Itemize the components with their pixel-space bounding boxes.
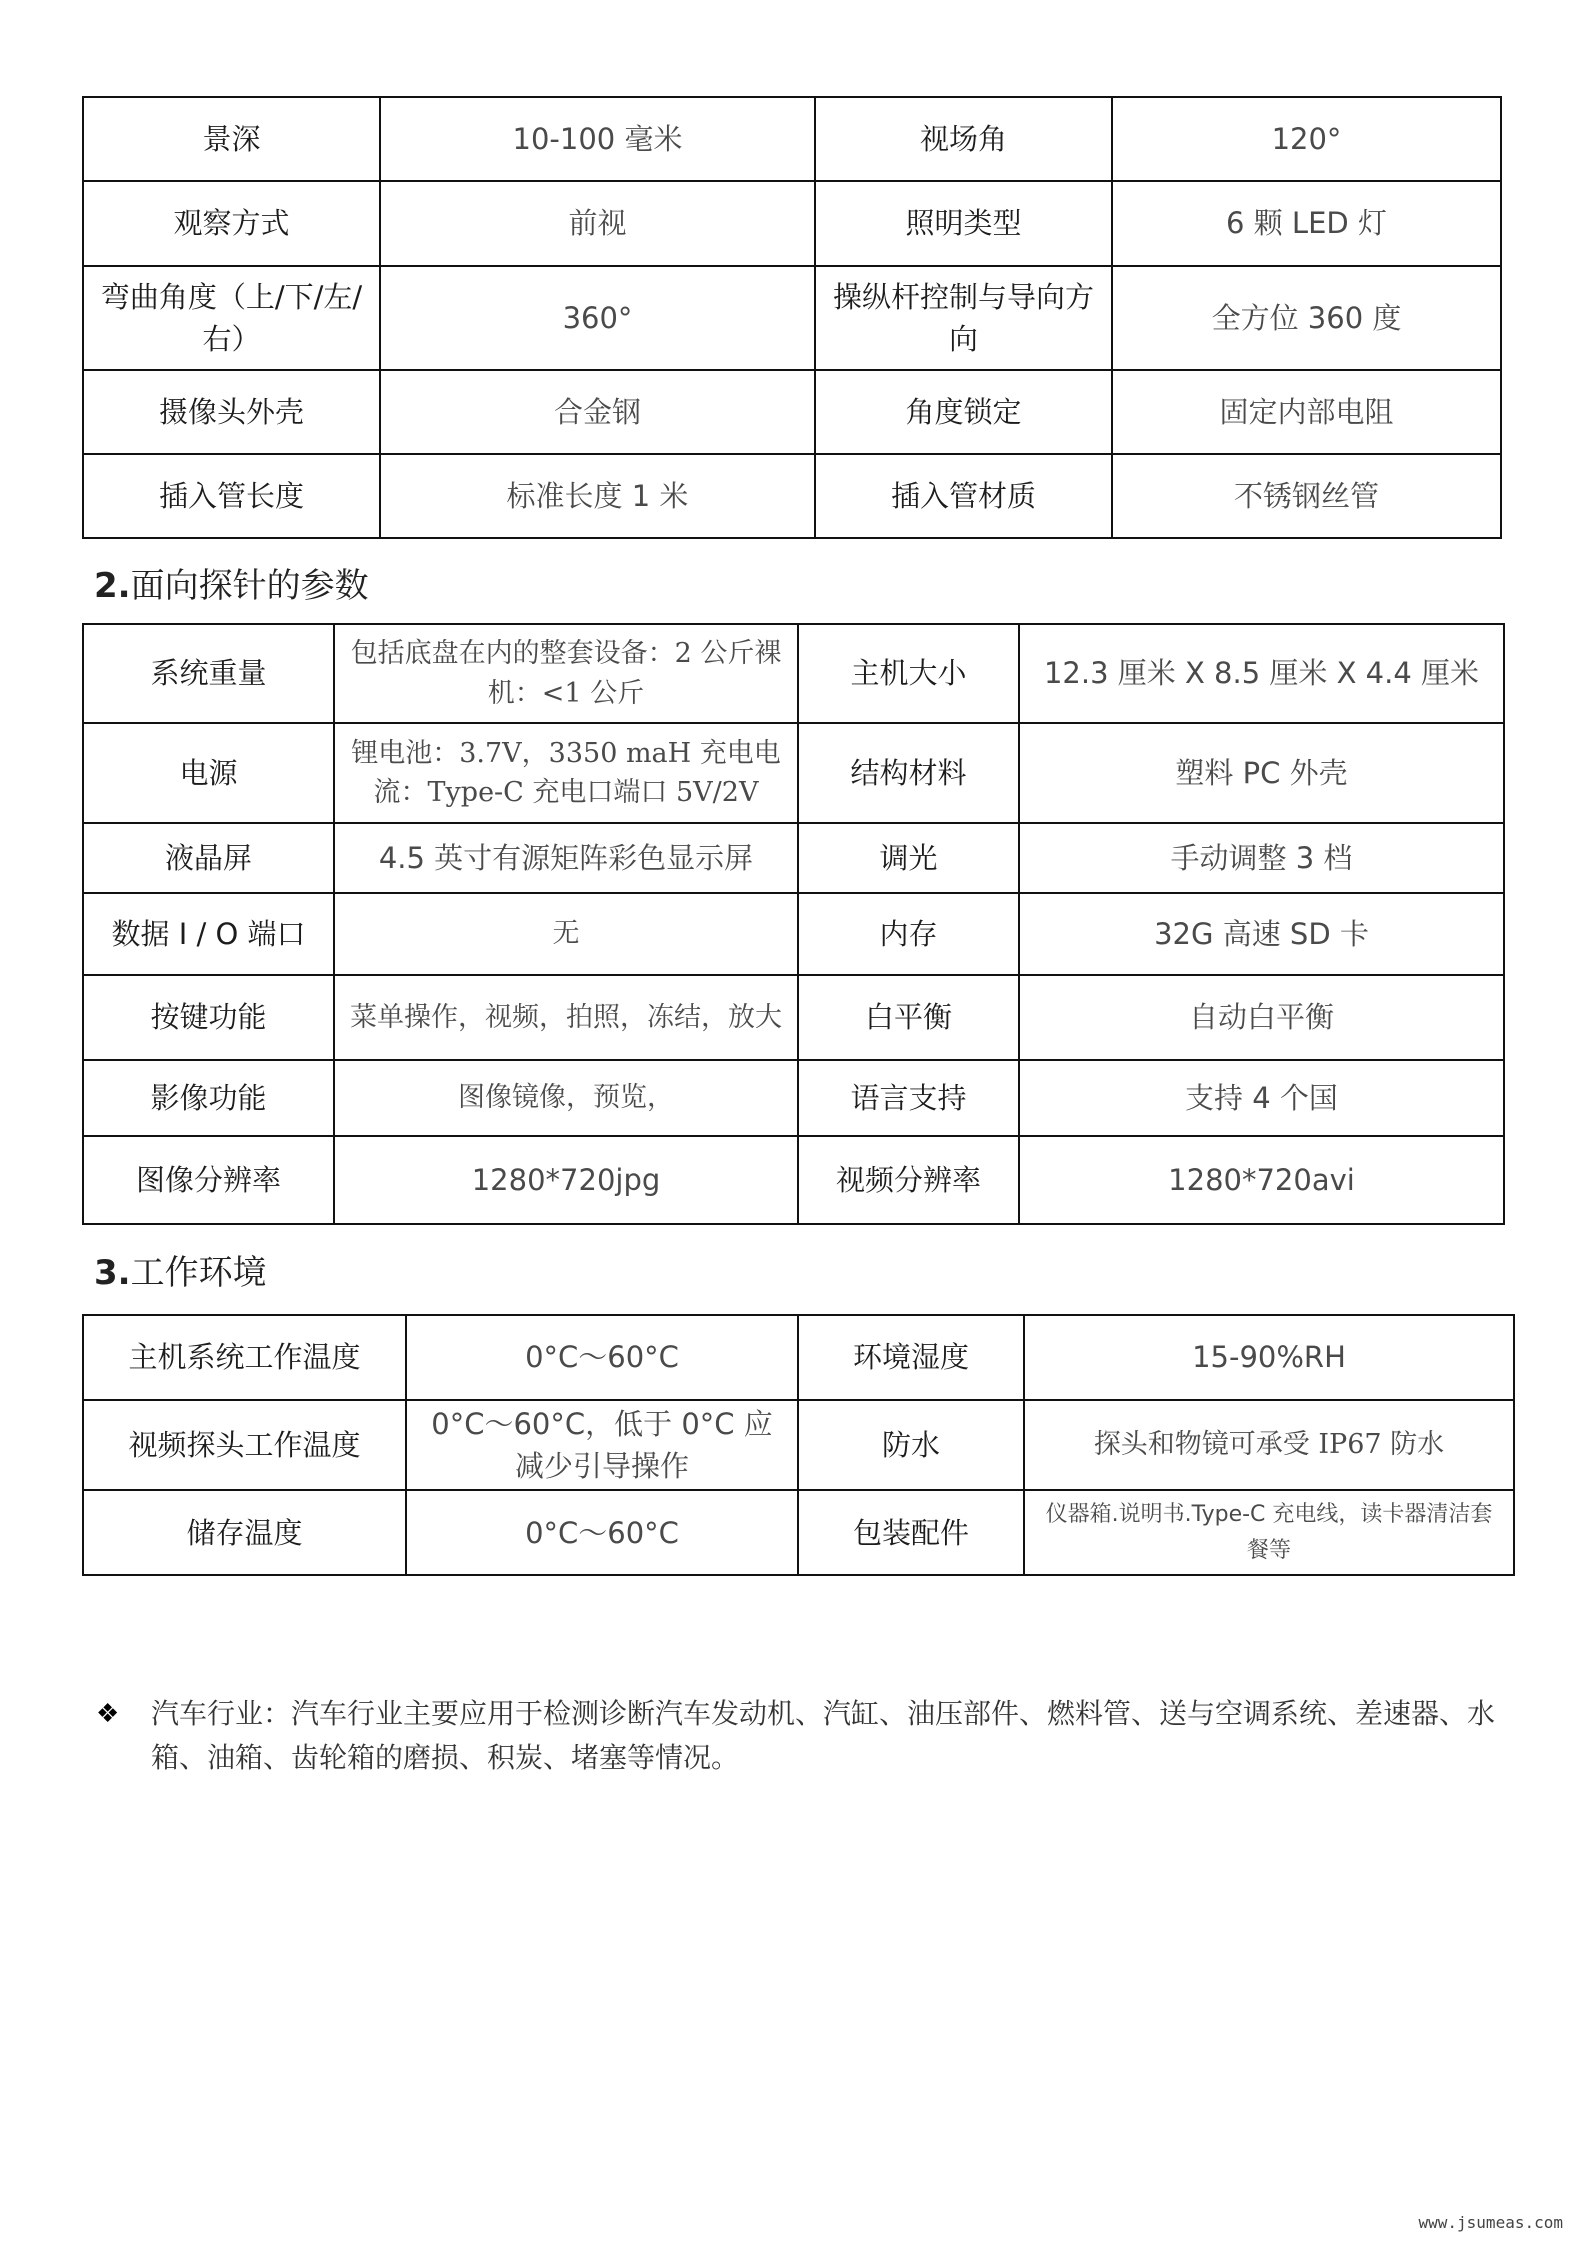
spec-label: 弯曲角度（上/下/左/右） <box>83 266 380 370</box>
table-row: 按键功能 菜单操作，视频，拍照，冻结，放大 白平衡 自动白平衡 <box>83 975 1504 1060</box>
spec-label: 影像功能 <box>83 1060 334 1136</box>
spec-label: 观察方式 <box>83 181 380 266</box>
spec-label: 视场角 <box>815 97 1112 181</box>
spec-label: 角度锁定 <box>815 370 1112 454</box>
bullet-text: 汽车行业：汽车行业主要应用于检测诊断汽车发动机、汽缸、油压部件、燃料管、送与空调… <box>151 1692 1516 1780</box>
spec-value: 菜单操作，视频，拍照，冻结，放大 <box>334 975 798 1060</box>
table-row: 图像分辨率 1280*720jpg 视频分辨率 1280*720avi <box>83 1136 1504 1224</box>
table-row: 电源 锂电池：3.7V，3350 maH 充电电流：Type-C 充电口端口 5… <box>83 723 1504 823</box>
section-title: 面向探针的参数 <box>131 566 369 606</box>
section-heading-probe-params: 2.面向探针的参数 <box>94 558 369 607</box>
spec-value: 1280*720avi <box>1019 1136 1504 1224</box>
probe-params-table: 系统重量 包括底盘在内的整套设备：2 公斤裸机：<1 公斤 主机大小 12.3 … <box>82 623 1505 1225</box>
table-row: 观察方式 前视 照明类型 6 颗 LED 灯 <box>83 181 1501 266</box>
spec-label: 包装配件 <box>798 1490 1024 1575</box>
spec-label: 主机系统工作温度 <box>83 1315 406 1400</box>
footer-website-url: www.jsumeas.com <box>1419 2213 1564 2232</box>
spec-value: 图像镜像，预览， <box>334 1060 798 1136</box>
spec-value: 1280*720jpg <box>334 1136 798 1224</box>
spec-value: 前视 <box>380 181 815 266</box>
spec-value: 10-100 毫米 <box>380 97 815 181</box>
section-number: 3. <box>94 1253 131 1293</box>
spec-value: 支持 4 个国 <box>1019 1060 1504 1136</box>
spec-value: 塑料 PC 外壳 <box>1019 723 1504 823</box>
spec-value: 0°C～60°C，低于 0°C 应减少引导操作 <box>406 1400 798 1490</box>
spec-value: 锂电池：3.7V，3350 maH 充电电流：Type-C 充电口端口 5V/2… <box>334 723 798 823</box>
spec-value: 15-90%RH <box>1024 1315 1514 1400</box>
spec-value: 全方位 360 度 <box>1112 266 1501 370</box>
spec-label: 调光 <box>798 823 1019 893</box>
spec-label: 摄像头外壳 <box>83 370 380 454</box>
spec-label: 储存温度 <box>83 1490 406 1575</box>
table-row: 景深 10-100 毫米 视场角 120° <box>83 97 1501 181</box>
spec-label: 景深 <box>83 97 380 181</box>
spec-label: 视频分辨率 <box>798 1136 1019 1224</box>
spec-label: 语言支持 <box>798 1060 1019 1136</box>
table-row: 摄像头外壳 合金钢 角度锁定 固定内部电阻 <box>83 370 1501 454</box>
spec-value: 手动调整 3 档 <box>1019 823 1504 893</box>
spec-value: 6 颗 LED 灯 <box>1112 181 1501 266</box>
spec-value: 探头和物镜可承受 IP67 防水 <box>1024 1400 1514 1490</box>
table-row: 主机系统工作温度 0°C～60°C 环境湿度 15-90%RH <box>83 1315 1514 1400</box>
spec-label: 插入管材质 <box>815 454 1112 538</box>
section-number: 2. <box>94 566 131 606</box>
spec-value: 360° <box>380 266 815 370</box>
spec-value: 仪器箱.说明书.Type-C 充电线，读卡器清洁套餐等 <box>1024 1490 1514 1575</box>
spec-label: 内存 <box>798 893 1019 975</box>
table-row: 数据 I / O 端口 无 内存 32G 高速 SD 卡 <box>83 893 1504 975</box>
spec-label: 主机大小 <box>798 624 1019 723</box>
spec-value: 包括底盘在内的整套设备：2 公斤裸机：<1 公斤 <box>334 624 798 723</box>
spec-value: 合金钢 <box>380 370 815 454</box>
spec-value: 自动白平衡 <box>1019 975 1504 1060</box>
spec-label: 白平衡 <box>798 975 1019 1060</box>
spec-label: 环境湿度 <box>798 1315 1024 1400</box>
spec-label: 按键功能 <box>83 975 334 1060</box>
spec-label: 操纵杆控制与导向方向 <box>815 266 1112 370</box>
spec-label: 视频探头工作温度 <box>83 1400 406 1490</box>
spec-value: 120° <box>1112 97 1501 181</box>
automotive-application-note: ❖ 汽车行业：汽车行业主要应用于检测诊断汽车发动机、汽缸、油压部件、燃料管、送与… <box>96 1692 1516 1780</box>
spec-value: 12.3 厘米 X 8.5 厘米 X 4.4 厘米 <box>1019 624 1504 723</box>
section-heading-work-environment: 3.工作环境 <box>94 1245 267 1294</box>
spec-value: 0°C～60°C <box>406 1490 798 1575</box>
table-row: 系统重量 包括底盘在内的整套设备：2 公斤裸机：<1 公斤 主机大小 12.3 … <box>83 624 1504 723</box>
table-row: 影像功能 图像镜像，预览， 语言支持 支持 4 个国 <box>83 1060 1504 1136</box>
spec-label: 照明类型 <box>815 181 1112 266</box>
table-row: 视频探头工作温度 0°C～60°C，低于 0°C 应减少引导操作 防水 探头和物… <box>83 1400 1514 1490</box>
spec-label: 电源 <box>83 723 334 823</box>
work-environment-table: 主机系统工作温度 0°C～60°C 环境湿度 15-90%RH 视频探头工作温度… <box>82 1314 1515 1576</box>
spec-label: 液晶屏 <box>83 823 334 893</box>
spec-value: 无 <box>334 893 798 975</box>
spec-value: 不锈钢丝管 <box>1112 454 1501 538</box>
table-row: 插入管长度 标准长度 1 米 插入管材质 不锈钢丝管 <box>83 454 1501 538</box>
spec-label: 图像分辨率 <box>83 1136 334 1224</box>
spec-value: 32G 高速 SD 卡 <box>1019 893 1504 975</box>
spec-value: 0°C～60°C <box>406 1315 798 1400</box>
table-row: 弯曲角度（上/下/左/右） 360° 操纵杆控制与导向方向 全方位 360 度 <box>83 266 1501 370</box>
spec-value: 4.5 英寸有源矩阵彩色显示屏 <box>334 823 798 893</box>
camera-spec-table: 景深 10-100 毫米 视场角 120° 观察方式 前视 照明类型 6 颗 L… <box>82 96 1502 539</box>
spec-label: 插入管长度 <box>83 454 380 538</box>
spec-value: 固定内部电阻 <box>1112 370 1501 454</box>
spec-label: 结构材料 <box>798 723 1019 823</box>
table-row: 储存温度 0°C～60°C 包装配件 仪器箱.说明书.Type-C 充电线，读卡… <box>83 1490 1514 1575</box>
diamond-bullet-icon: ❖ <box>96 1692 126 1736</box>
spec-label: 系统重量 <box>83 624 334 723</box>
spec-value: 标准长度 1 米 <box>380 454 815 538</box>
table-row: 液晶屏 4.5 英寸有源矩阵彩色显示屏 调光 手动调整 3 档 <box>83 823 1504 893</box>
spec-label: 防水 <box>798 1400 1024 1490</box>
spec-label: 数据 I / O 端口 <box>83 893 334 975</box>
section-title: 工作环境 <box>131 1253 267 1293</box>
